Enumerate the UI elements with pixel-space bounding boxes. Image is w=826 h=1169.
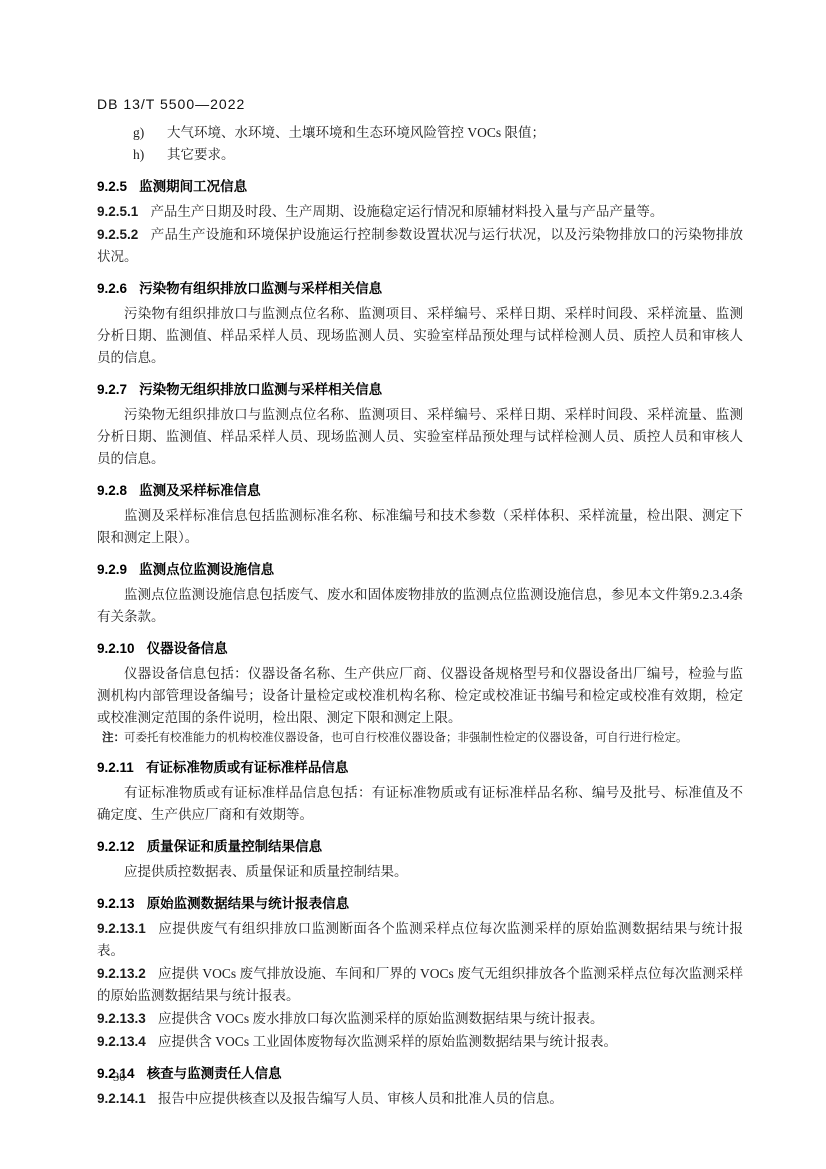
section-number: 9.2.6 [97, 281, 127, 296]
note-label: 注： [102, 730, 125, 747]
paragraph: 污染物无组织排放口与监测点位名称、监测项目、采样编号、采样日期、采样时间段、采样… [97, 404, 743, 470]
section-title: 有证标准物质或有证标准样品信息 [146, 760, 349, 775]
paragraph: 应提供质控数据表、质量保证和质量控制结果。 [97, 861, 743, 883]
list-item-text: 其它要求。 [167, 147, 235, 162]
clause-text: 产品生产设施和环境保护设施运行控制参数设置状况与运行状况，以及污染物排放口的污染… [97, 227, 743, 264]
section-heading: 9.2.11有证标准物质或有证标准样品信息 [97, 757, 743, 779]
section-number: 9.2.7 [97, 382, 127, 397]
clause-text: 应提供含 VOCs 废水排放口每次监测采样的原始监测数据结果与统计报表。 [158, 1011, 604, 1026]
section-heading: 9.2.5监测期间工况信息 [97, 176, 743, 198]
paragraph: 有证标准物质或有证标准样品信息包括：有证标准物质或有证标准样品名称、编号及批号、… [97, 782, 743, 826]
clause-text: 应提供含 VOCs 工业固体废物每次监测采样的原始监测数据结果与统计报表。 [158, 1034, 617, 1049]
section-title: 污染物有组织排放口监测与采样相关信息 [139, 281, 382, 296]
note-text: 可委托有校准能力的机构校准仪器设备，也可自行校准仪器设备；非强制性检定的仪器设备… [124, 732, 688, 744]
note: 注：可委托有校准能力的机构校准仪器设备，也可自行校准仪器设备；非强制性检定的仪器… [97, 730, 743, 747]
section-number: 9.2.11 [97, 760, 134, 775]
clause-number: 9.2.13.1 [97, 921, 146, 936]
document-content: DB 13/T 5500—2022 g)大气环境、水环境、土壤环境和生态环境风险… [97, 96, 743, 1111]
clause-number: 9.2.5.1 [97, 204, 138, 219]
paragraph: 污染物有组织排放口与监测点位名称、监测项目、采样编号、采样日期、采样时间段、采样… [97, 303, 743, 369]
clause: 9.2.14.1报告中应提供核查以及报告编写人员、审核人员和批准人员的信息。 [97, 1088, 743, 1110]
section-number: 9.2.9 [97, 562, 127, 577]
clause-number: 9.2.13.3 [97, 1011, 146, 1026]
section-heading: 9.2.9监测点位监测设施信息 [97, 559, 743, 581]
section-title: 仪器设备信息 [147, 641, 228, 656]
clause-text: 报告中应提供核查以及报告编写人员、审核人员和批准人员的信息。 [158, 1091, 563, 1106]
clause-text: 应提供废气有组织排放口监测断面各个监测采样点位每次监测采样的原始监测数据结果与统… [97, 921, 743, 958]
list-item: h)其它要求。 [97, 144, 743, 166]
section-heading: 9.2.10仪器设备信息 [97, 638, 743, 660]
section-title: 原始监测数据结果与统计报表信息 [147, 896, 350, 911]
section-number: 9.2.10 [97, 641, 135, 656]
page-number: 30 [113, 1070, 126, 1085]
section-title: 污染物无组织排放口监测与采样相关信息 [139, 382, 382, 397]
clause-text: 应提供 VOCs 废气排放设施、车间和厂界的 VOCs 废气无组织排放各个监测采… [97, 966, 743, 1003]
section-number: 9.2.13 [97, 896, 135, 911]
section-title: 监测期间工况信息 [139, 179, 247, 194]
clause-text: 产品生产日期及时段、生产周期、设施稳定运行情况和原辅材料投入量与产品产量等。 [150, 204, 663, 219]
document-page: DB 13/T 5500—2022 g)大气环境、水环境、土壤环境和生态环境风险… [0, 0, 826, 1169]
clause-number: 9.2.5.2 [97, 227, 138, 242]
clause: 9.2.13.1应提供废气有组织排放口监测断面各个监测采样点位每次监测采样的原始… [97, 918, 743, 962]
list-item: g)大气环境、水环境、土壤环境和生态环境风险管控 VOCs 限值； [97, 122, 743, 144]
clause-number: 9.2.14.1 [97, 1091, 146, 1106]
list-item-label: g) [133, 122, 153, 144]
section-title: 监测点位监测设施信息 [139, 562, 274, 577]
section-heading: 9.2.8监测及采样标准信息 [97, 480, 743, 502]
section-number: 9.2.5 [97, 179, 127, 194]
document-blocks: g)大气环境、水环境、土壤环境和生态环境风险管控 VOCs 限值；h)其它要求。… [97, 122, 743, 1110]
section-number: 9.2.12 [97, 839, 135, 854]
list-item-text: 大气环境、水环境、土壤环境和生态环境风险管控 VOCs 限值； [167, 125, 545, 140]
paragraph: 监测点位监测设施信息包括废气、废水和固体废物排放的监测点位监测设施信息，参见本文… [97, 584, 743, 628]
doc-number: DB 13/T 5500—2022 [97, 96, 743, 112]
clause-number: 9.2.13.4 [97, 1034, 146, 1049]
paragraph: 仪器设备信息包括：仪器设备名称、生产供应厂商、仪器设备规格型号和仪器设备出厂编号… [97, 663, 743, 729]
clause: 9.2.5.1产品生产日期及时段、生产周期、设施稳定运行情况和原辅材料投入量与产… [97, 201, 743, 223]
section-title: 核查与监测责任人信息 [147, 1066, 282, 1081]
clause: 9.2.13.3应提供含 VOCs 废水排放口每次监测采样的原始监测数据结果与统… [97, 1008, 743, 1030]
section-heading: 9.2.14核查与监测责任人信息 [97, 1063, 743, 1085]
section-heading: 9.2.7污染物无组织排放口监测与采样相关信息 [97, 379, 743, 401]
section-heading: 9.2.12质量保证和质量控制结果信息 [97, 836, 743, 858]
clause: 9.2.13.2应提供 VOCs 废气排放设施、车间和厂界的 VOCs 废气无组… [97, 963, 743, 1007]
clause: 9.2.13.4应提供含 VOCs 工业固体废物每次监测采样的原始监测数据结果与… [97, 1031, 743, 1053]
section-title: 监测及采样标准信息 [139, 483, 261, 498]
section-heading: 9.2.13原始监测数据结果与统计报表信息 [97, 893, 743, 915]
list-item-label: h) [133, 144, 153, 166]
paragraph: 监测及采样标准信息包括监测标准名称、标准编号和技术参数（采样体积、采样流量，检出… [97, 505, 743, 549]
section-number: 9.2.8 [97, 483, 127, 498]
section-title: 质量保证和质量控制结果信息 [147, 839, 323, 854]
clause-number: 9.2.13.2 [97, 966, 146, 981]
section-heading: 9.2.6污染物有组织排放口监测与采样相关信息 [97, 278, 743, 300]
clause: 9.2.5.2产品生产设施和环境保护设施运行控制参数设置状况与运行状况，以及污染… [97, 224, 743, 268]
